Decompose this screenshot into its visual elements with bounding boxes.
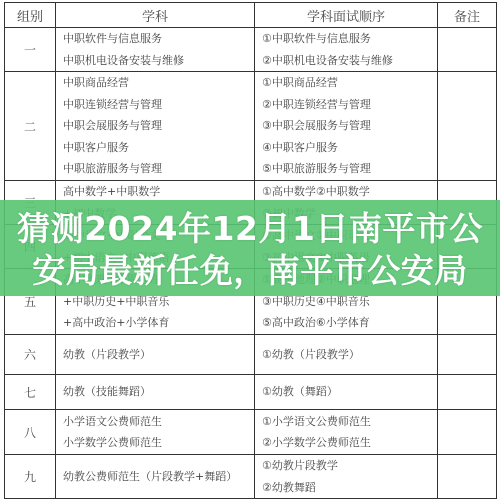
group-cell: 一 xyxy=(5,28,56,72)
subject-line: 小学语文公费师范生 xyxy=(63,411,254,433)
interview-order-cell: ①中职软件与信息服务②中职机电设备安装与维修 xyxy=(255,28,438,72)
subject-line: 幼教（片段教学） xyxy=(63,344,254,366)
notes-cell xyxy=(438,72,497,181)
notes-cell xyxy=(438,410,497,455)
subject-line: 中职机电设备安装与维修 xyxy=(63,50,254,72)
subject-cell: 幼教公费师范生（片段教学+舞蹈） xyxy=(56,455,255,499)
header-interview-order: 学科面试顺序 xyxy=(255,3,438,28)
table-row: 七幼教（技能舞蹈）①幼教（舞蹈） xyxy=(5,375,497,410)
header-notes: 备注 xyxy=(438,3,497,28)
subject-line: +高中政治+小学体育 xyxy=(63,312,254,334)
order-line: ①中职商品经营 xyxy=(262,72,437,94)
header-group: 组别 xyxy=(5,3,56,28)
table-row: 八小学语文公费师范生小学数学公费师范生①小学语文公费师范生②小学数学公费师范生 xyxy=(5,410,497,455)
subject-line: 中职旅游服务与管理 xyxy=(63,158,254,180)
subject-cell: 幼教（片段教学） xyxy=(56,335,255,375)
notes-cell xyxy=(438,28,497,72)
order-line: ①小学语文公费师范生 xyxy=(262,411,437,433)
table-row: 六幼教（片段教学）①幼教（片段教学） xyxy=(5,335,497,375)
order-line: ⑤中职旅游服务与管理 xyxy=(262,158,437,180)
order-line: ①幼教（片段教学） xyxy=(262,344,437,366)
table-row: 九幼教公费师范生（片段教学+舞蹈）①幼教片段教学②幼教舞蹈 xyxy=(5,455,497,499)
interview-order-cell: ①幼教（舞蹈） xyxy=(255,375,438,410)
group-cell: 九 xyxy=(5,455,56,499)
order-line: ④中职客户服务 xyxy=(262,137,437,159)
group-cell: 八 xyxy=(5,410,56,455)
subject-cell: 中职商品经营中职连锁经营与管理中职会展服务与管理中职客户服务中职旅游服务与管理 xyxy=(56,72,255,181)
subject-cell: 小学语文公费师范生小学数学公费师范生 xyxy=(56,410,255,455)
order-line: ③中职会展服务与管理 xyxy=(262,115,437,137)
order-line: ⑤高中政治⑥小学体育 xyxy=(262,312,437,334)
subject-cell: 幼教（技能舞蹈） xyxy=(56,375,255,410)
order-line: ①幼教（舞蹈） xyxy=(262,381,437,403)
notes-cell xyxy=(438,455,497,499)
interview-order-cell: ①幼教片段教学②幼教舞蹈 xyxy=(255,455,438,499)
order-line: ②小学数学公费师范生 xyxy=(262,432,437,454)
subject-line: 中职客户服务 xyxy=(63,137,254,159)
interview-order-cell: ①幼教（片段教学） xyxy=(255,335,438,375)
order-line: ②幼教舞蹈 xyxy=(262,477,437,499)
interview-order-cell: ①中职商品经营②中职连锁经营与管理③中职会展服务与管理④中职客户服务⑤中职旅游服… xyxy=(255,72,438,181)
group-cell: 六 xyxy=(5,335,56,375)
subject-line: 小学数学公费师范生 xyxy=(63,432,254,454)
subject-line: 中职会展服务与管理 xyxy=(63,115,254,137)
banner-title-line-2: 安局最新任免，南平市公安局 xyxy=(0,250,500,292)
order-line: ②中职机电设备安装与维修 xyxy=(262,50,437,72)
order-line: ②中职连锁经营与管理 xyxy=(262,94,437,116)
subject-line: 中职商品经营 xyxy=(63,72,254,94)
subject-line: 幼教（技能舞蹈） xyxy=(63,381,254,403)
banner-title-line-1: 猜测2024年12月1日南平市公 xyxy=(0,208,500,250)
group-cell: 二 xyxy=(5,72,56,181)
notes-cell xyxy=(438,335,497,375)
banner-title: 猜测2024年12月1日南平市公 安局最新任免，南平市公安局 xyxy=(0,208,500,292)
order-line: ①中职软件与信息服务 xyxy=(262,28,437,50)
table-header-row: 组别 学科 学科面试顺序 备注 xyxy=(5,3,497,28)
group-cell: 七 xyxy=(5,375,56,410)
subject-line: 中职软件与信息服务 xyxy=(63,28,254,50)
subject-cell: 中职软件与信息服务中职机电设备安装与维修 xyxy=(56,28,255,72)
order-line: ①幼教片段教学 xyxy=(262,455,437,477)
interview-order-cell: ①小学语文公费师范生②小学数学公费师范生 xyxy=(255,410,438,455)
subject-line: 中职连锁经营与管理 xyxy=(63,94,254,116)
table-row: 一中职软件与信息服务中职机电设备安装与维修①中职软件与信息服务②中职机电设备安装… xyxy=(5,28,497,72)
subject-line: 幼教公费师范生（片段教学+舞蹈） xyxy=(63,466,254,488)
header-subject: 学科 xyxy=(56,3,255,28)
notes-cell xyxy=(438,375,497,410)
table-row: 二中职商品经营中职连锁经营与管理中职会展服务与管理中职客户服务中职旅游服务与管理… xyxy=(5,72,497,181)
